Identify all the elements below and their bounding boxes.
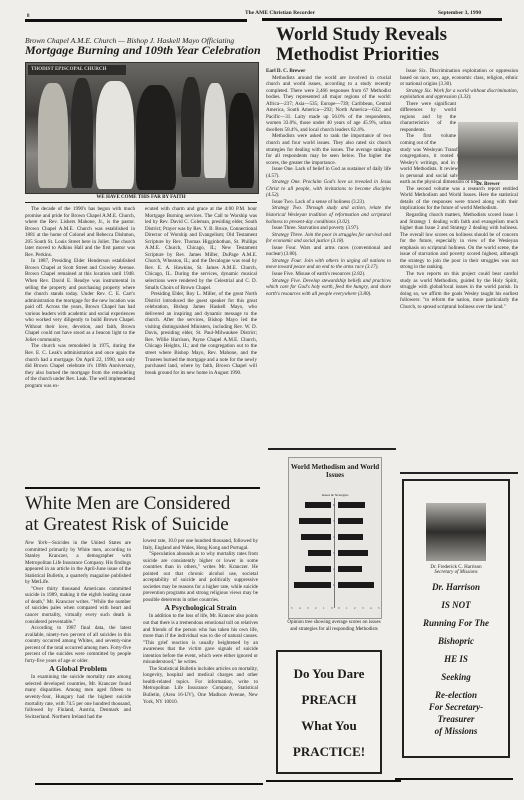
masthead-rule-left xyxy=(25,19,247,22)
dateline: New York xyxy=(25,540,47,546)
x-tick: 3 xyxy=(307,606,309,610)
chart-subtitle: Issues & Strategies xyxy=(289,493,381,497)
x-tick: 3 xyxy=(362,606,364,610)
issue-bar xyxy=(305,566,331,572)
suicide-column-2: lowest rate, 10.0 per one hundred thousa… xyxy=(143,538,258,705)
wrap-text: There were significant differences by wo… xyxy=(400,101,456,147)
strategy-bar xyxy=(338,534,363,540)
masthead-rule-right xyxy=(262,18,502,21)
bottom-rule-right xyxy=(395,778,513,780)
x-tick: 4 xyxy=(299,606,301,610)
strategy-bar xyxy=(338,566,362,572)
issue-bar xyxy=(299,518,331,524)
newspaper-page: 8 The AME Christian Recorder September 3… xyxy=(0,0,524,800)
ad-top-rule xyxy=(400,472,518,474)
preach-ad: Do You Dare PREACH What You PRACTICE! xyxy=(276,650,382,774)
world-study-column-1: Earl D. C. Brewer Methodists around the … xyxy=(266,68,391,297)
category-label: 5 xyxy=(333,551,335,555)
chart-caption: Opinion tree showing average scores on i… xyxy=(285,620,383,633)
category-label: 6 xyxy=(333,503,335,507)
subhead-global-problem: A Global Problem xyxy=(25,664,131,674)
category-label: 3 xyxy=(333,519,335,523)
ad-line: Bishopric xyxy=(404,636,508,647)
caption-rule xyxy=(25,202,257,203)
issue-bar xyxy=(308,550,331,556)
x-tick: 5 xyxy=(378,606,380,610)
ad-line-4: PRACTICE! xyxy=(278,744,380,760)
strategy-bar xyxy=(338,550,368,556)
mortgage-column-1: The decade of the 1990's has begun with … xyxy=(25,206,135,389)
mortgage-column-2: ecuted with charm and grace at the 4:00 … xyxy=(145,206,257,376)
x-tick: 1 xyxy=(323,606,325,610)
bottom-rule-mid xyxy=(266,780,401,782)
issue-bar xyxy=(294,582,331,588)
ad-line: Re-election xyxy=(404,690,508,701)
ad-line: of Missions xyxy=(404,726,508,737)
mortgage-headline: Mortgage Burning and 109th Year Celebrat… xyxy=(25,43,261,58)
ad-line: IS NOT xyxy=(404,600,508,611)
suicide-headline-line1: White Men are Considered xyxy=(25,493,230,515)
photo-caption: WE HAVE COME THIS FAR BY FAITH xyxy=(25,195,257,200)
x-tick: 0 xyxy=(338,606,340,610)
world-study-headline-line2: Methodist Priorities xyxy=(276,44,439,66)
harrison-ad: Dr. Frederick C. Harrison Secretary of M… xyxy=(402,479,510,758)
section-rule xyxy=(25,487,260,489)
x-tick: 5 xyxy=(291,606,293,610)
x-tick: 2 xyxy=(315,606,317,610)
ad-line: For Secretary- xyxy=(404,702,508,713)
chart-title: World Methodism and World Issues xyxy=(289,463,381,479)
suicide-column-1: New York—Suicides in the United States a… xyxy=(25,540,131,720)
subhead-psychological-strain: A Psychological Strain xyxy=(143,603,258,613)
chart-top-rule xyxy=(268,448,396,450)
opinion-tree-chart: World Methodism and World Issues Issues … xyxy=(288,457,382,619)
church-sign: THODIST EPISCOPAL CHURCH xyxy=(28,65,126,75)
ad-line-1: Do You Dare xyxy=(278,666,380,682)
world-study-headline-line1: World Study Reveals xyxy=(276,24,447,46)
issue-date: September 3, 1990 xyxy=(438,10,481,16)
category-label: 1 xyxy=(333,583,335,587)
x-tick: 0 xyxy=(331,606,333,610)
category-label: 4 xyxy=(333,535,335,539)
category-label: 2 xyxy=(333,567,335,571)
ad-line: Running For The xyxy=(404,618,508,629)
ad-line: Dr. Harrison xyxy=(404,582,508,593)
ad-line-3: What You xyxy=(278,718,380,734)
issue-bar xyxy=(305,502,331,508)
ad-line: HE IS xyxy=(404,654,508,665)
x-tick: 2 xyxy=(354,606,356,610)
suicide-headline-line2: at Greatest Risk of Suicide xyxy=(25,514,229,536)
ad-line-2: PREACH xyxy=(278,692,380,708)
dr-harrison-portrait xyxy=(426,503,486,561)
harrison-ad-text: Dr. HarrisonIS NOTRunning For TheBishopr… xyxy=(404,582,508,737)
x-tick: 4 xyxy=(370,606,372,610)
strategy-bar xyxy=(338,518,363,524)
ad-line: Seeking xyxy=(404,672,508,683)
issue-bar xyxy=(301,534,331,540)
portrait-caption: Dr. Brewer xyxy=(458,182,518,187)
strategy-bar xyxy=(338,582,374,588)
mortgage-burning-photo: THODIST EPISCOPAL CHURCH xyxy=(25,62,259,194)
bottom-rule-left xyxy=(35,783,263,785)
dr-brewer-portrait xyxy=(458,122,518,180)
x-tick: 1 xyxy=(346,606,348,610)
strategy-bar xyxy=(338,502,365,508)
portrait-title: Secretary of Missions xyxy=(404,570,508,575)
world-study-column-2: Issue Six. Discrimination exploitation o… xyxy=(400,68,518,310)
ad-line: Treasurer xyxy=(404,714,508,725)
publication-name: The AME Christian Recorder xyxy=(200,10,360,16)
